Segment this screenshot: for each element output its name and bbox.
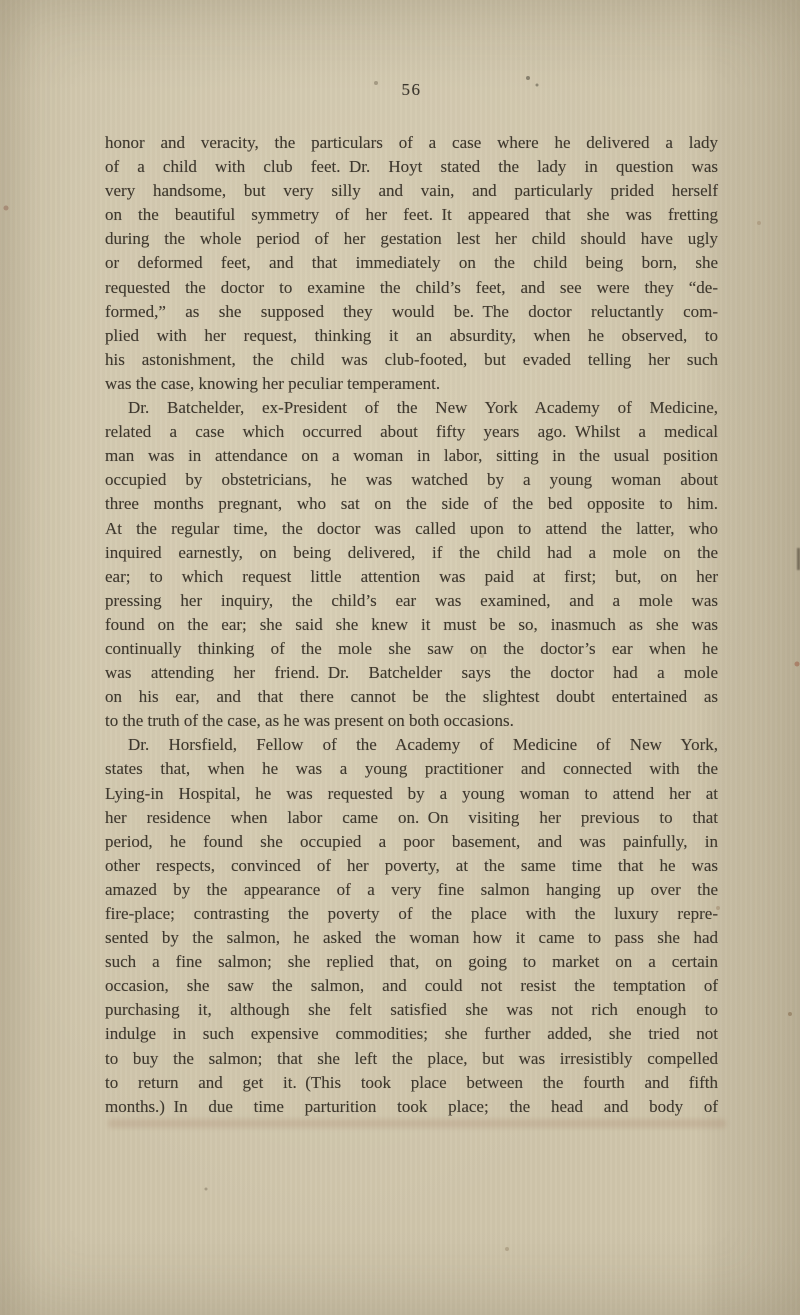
text-line: to the truth of the case, as he was pres…: [105, 709, 718, 733]
text-line: on the beautiful symmetry of her feet. I…: [105, 203, 718, 227]
text-line: fire-place; contrasting the poverty of t…: [105, 902, 718, 926]
text-line: Dr. Batchelder, ex-President of the New …: [105, 396, 718, 420]
text-line: his astonishment, the child was club-foo…: [105, 348, 718, 372]
text-line: was attending her friend. Dr. Batchelder…: [105, 661, 718, 685]
text-line: or deformed feet, and that immediately o…: [105, 251, 718, 275]
text-line: honor and veracity, the particulars of a…: [105, 131, 718, 155]
text-line: on his ear, and that there cannot be the…: [105, 685, 718, 709]
text-line: occupied by obstetricians, he was watche…: [105, 468, 718, 492]
text-line: At the regular time, the doctor was call…: [105, 517, 718, 541]
text-line: plied with her request, thinking it an a…: [105, 324, 718, 348]
page-text: honor and veracity, the particulars of a…: [105, 131, 718, 1119]
scanned-book-page: { "page": { "number": "56" }, "content":…: [0, 0, 800, 1315]
text-line: three months pregnant, who sat on the si…: [105, 492, 718, 516]
text-line: formed,” as she supposed they would be. …: [105, 300, 718, 324]
text-line: to buy the salmon; that she left the pla…: [105, 1047, 718, 1071]
text-line: found on the ear; she said she knew it m…: [105, 613, 718, 637]
text-line: Lying-in Hospital, he was requested by a…: [105, 782, 718, 806]
text-line: sented by the salmon, he asked the woman…: [105, 926, 718, 950]
text-line: to return and get it. (This took place b…: [105, 1071, 718, 1095]
text-line: Dr. Horsfield, Fellow of the Academy of …: [105, 733, 718, 757]
text-line: purchasing it, although she felt satisfi…: [105, 998, 718, 1022]
text-line: her residence when labor came on. On vis…: [105, 806, 718, 830]
text-line: of a child with club feet. Dr. Hoyt stat…: [105, 155, 718, 179]
show-through-ghost-text: [108, 1119, 726, 1128]
text-line: states that, when he was a young practit…: [105, 757, 718, 781]
text-line: very handsome, but very silly and vain, …: [105, 179, 718, 203]
paper-specks: [0, 0, 2, 2]
text-line: such a fine salmon; she replied that, on…: [105, 950, 718, 974]
page-number: 56: [105, 80, 718, 100]
text-line: during the whole period of her gestation…: [105, 227, 718, 251]
text-line: related a case which occurred about fift…: [105, 420, 718, 444]
text-line: continually thinking of the mole she saw…: [105, 637, 718, 661]
text-line: occasion, she saw the salmon, and could …: [105, 974, 718, 998]
text-line: inquired earnestly, on being delivered, …: [105, 541, 718, 565]
text-line: ear; to which request little attention w…: [105, 565, 718, 589]
text-line: months.) In due time parturition took pl…: [105, 1095, 718, 1119]
text-line: period, he found she occupied a poor bas…: [105, 830, 718, 854]
text-line: requested the doctor to examine the chil…: [105, 276, 718, 300]
text-line: man was in attendance on a woman in labo…: [105, 444, 718, 468]
text-line: was the case, knowing her peculiar tempe…: [105, 372, 718, 396]
text-line: pressing her inquiry, the child’s ear wa…: [105, 589, 718, 613]
text-line: amazed by the appearance of a very fine …: [105, 878, 718, 902]
text-line: other respects, convinced of her poverty…: [105, 854, 718, 878]
text-line: indulge in such expensive commodities; s…: [105, 1022, 718, 1046]
